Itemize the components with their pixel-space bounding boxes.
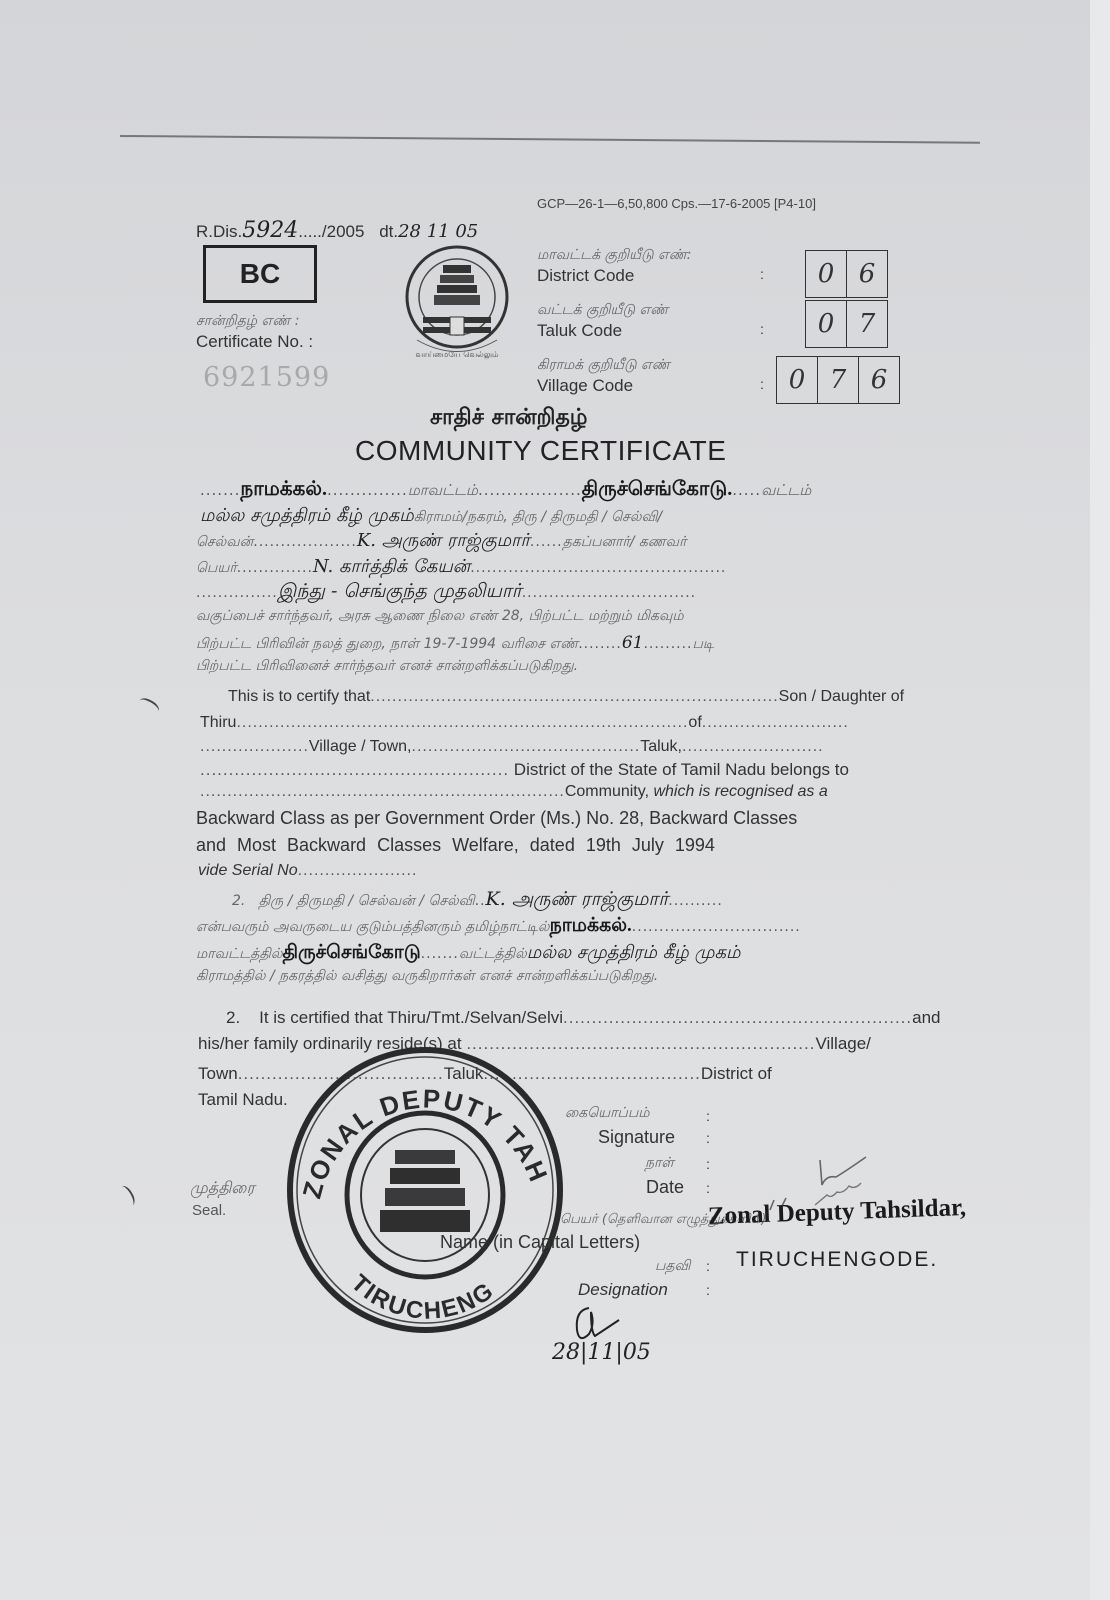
gcp-reference: GCP—26-1—6,50,800 Cps.—17-6-2005 [P4-10]: [537, 196, 816, 211]
district-of-label: District of: [701, 1064, 772, 1083]
tamil-nadu-state-emblem-icon: வாய்மையே வெல்லும்: [395, 245, 520, 365]
honorific-label: திரு / திருமதி / செல்வன் / செல்வி: [259, 893, 475, 909]
tamil-line-4: பெயர்..............N. கார்த்திக் கேயன்..…: [196, 556, 726, 579]
village-code-boxes: 076: [776, 356, 900, 404]
signature-colon: :: [706, 1108, 710, 1124]
taluk-code-colon: :: [760, 321, 764, 337]
village-town-label: Village / Town,: [309, 738, 412, 755]
svg-text:வாய்மையே வெல்லும்: வாய்மையே வெல்லும்: [416, 350, 499, 360]
district-code-colon: :: [760, 266, 764, 282]
tamil-line-8: பிற்பட்ட பிரிவினைச் சார்ந்தவர் எனச் சான்…: [196, 658, 578, 676]
rdis-label: R.Dis.: [196, 222, 242, 241]
district-code-label: District Code: [537, 266, 634, 286]
village-code-digit: 7: [818, 357, 859, 404]
signature-label: Signature: [598, 1127, 675, 1148]
official-round-seal-icon: ZONAL DEPUTY TAHSILDAR No. II TIRUCHENGO…: [280, 1040, 570, 1340]
residence-english-line-4: Tamil Nadu.: [198, 1090, 288, 1110]
taluk-code-digit: 0: [806, 301, 847, 348]
certificate-no-label-ta: சான்றிதழ் எண் :: [196, 313, 299, 331]
taluk-code-digit: 7: [847, 301, 888, 348]
photo-edge: [1090, 0, 1110, 1600]
designation-label-ta: பதவி: [655, 1258, 690, 1276]
village-filled: மல்ல சமுத்திரம் கீழ் முகம்: [200, 505, 414, 526]
district-code-digit: 0: [806, 251, 847, 298]
village-slash-label: Village/: [815, 1034, 870, 1053]
town-label: Town: [198, 1064, 238, 1083]
tamil-line-5: ...............இந்து - செங்குந்த முதலியா…: [196, 580, 696, 605]
signature-colon: :: [706, 1130, 710, 1146]
certify-text: This is to certify that: [228, 688, 370, 705]
para-number-en: 2.: [226, 1008, 240, 1027]
recognised-text: which is recognised as a: [653, 783, 827, 800]
residence-tamil-line-4: கிராமத்தில் / நகரத்தில் வசித்து வருகிறார…: [196, 968, 658, 986]
taluk-code-boxes: 07: [805, 300, 888, 348]
selvan-label: செல்வன்: [196, 534, 253, 550]
village-code-digit: 6: [859, 357, 900, 404]
english-line-5: ........................................…: [200, 783, 828, 801]
district-in-text: மாவட்டத்தில்: [196, 946, 282, 962]
village-code-label-ta: கிராமக் குறியீடு எண்: [537, 357, 670, 375]
father-name-filled: K. அருண் ராஜ்குமார்: [357, 530, 530, 551]
of-label: of: [688, 714, 701, 731]
english-line-1: This is to certify that.................…: [228, 688, 904, 706]
rdis-reference: R.Dis.5924...../2005 dt.28 11 05: [196, 218, 478, 243]
english-line-2: Thiru...................................…: [200, 714, 849, 732]
padi-label: படி: [693, 636, 715, 652]
taluk-filled: திருச்செங்கோடு.: [582, 478, 732, 500]
resident-taluk-filled: திருச்செங்கோடு: [282, 942, 420, 963]
serial-filled: 61: [622, 633, 644, 653]
designation-colon: :: [706, 1282, 710, 1298]
village-code-digit: 0: [777, 357, 818, 404]
residence-tamil-line-2: என்பவரும் அவருடைய குடும்பத்தினரும் தமிழ்…: [196, 915, 801, 939]
go-text: பிற்பட்ட பிரிவின் நலத் துறை, நாள் 19-7-1…: [196, 636, 578, 652]
taluk-code-label-ta: வட்டக் குறியீடு எண்: [537, 302, 668, 320]
father-husband-label: தகப்பனார்/ கணவர்: [563, 534, 687, 550]
village-code-colon: :: [760, 376, 764, 392]
tamil-line-2: மல்ல சமுத்திரம் கீழ் முகம்கிராமம்/நகரம்,…: [200, 505, 662, 528]
residence-tamil-line-1: 2. திரு / திருமதி / செல்வன் / செல்வி..K.…: [232, 888, 723, 913]
applicant-name-filled: N. கார்த்திக் கேயன்: [313, 556, 470, 577]
designation-colon: :: [706, 1258, 710, 1274]
tamil-line-3: செல்வன்...................K. அருண் ராஜ்க…: [196, 530, 686, 553]
date-label: dt.: [379, 222, 398, 241]
date-value: 28 11 05: [398, 221, 478, 242]
resident-district-filled: நாமக்கல்.: [550, 915, 632, 936]
taluk-label: வட்டம்: [761, 481, 811, 499]
english-line-6: Backward Class as per Government Order (…: [196, 808, 797, 829]
district-code-boxes: 06: [805, 250, 888, 298]
residence-tamil-line-3: மாவட்டத்தில்திருச்செங்கோடு.......வட்டத்த…: [196, 942, 740, 966]
date-label-en: Date: [646, 1177, 684, 1198]
rdis-year: ...../2005: [298, 222, 364, 241]
district-code-digit: 6: [847, 251, 888, 298]
family-text: என்பவரும் அவருடைய குடும்பத்தினரும் தமிழ்…: [196, 919, 550, 935]
rdis-number: 5924: [242, 218, 298, 243]
title-english: COMMUNITY CERTIFICATE: [355, 435, 726, 467]
date-colon: :: [706, 1156, 710, 1172]
certificate-no-label-en: Certificate No. :: [196, 332, 313, 352]
tamil-line-6: வகுப்பைச் சார்ந்தவர், அரசு ஆணை நிலை எண் …: [196, 608, 684, 626]
tamil-line-1: .......நாமக்கல்...............மாவட்டம்..…: [200, 478, 811, 503]
residence-english-line-1: 2. It is certified that Thiru/Tmt./Selva…: [226, 1008, 941, 1028]
english-line-3: ....................Village / Town,.....…: [200, 738, 824, 756]
designation-label: Designation: [578, 1280, 668, 1300]
resident-village-filled: மல்ல சமுத்திரம் கீழ் முகம்: [527, 942, 741, 963]
initial-date: 28|11|05: [552, 1340, 651, 1365]
seal-label-ta: முத்திரை: [190, 1178, 255, 1199]
taluk-code-label: Taluk Code: [537, 321, 622, 341]
date-label-ta: நாள்: [645, 1155, 674, 1173]
tamil-line-7: பிற்பட்ட பிரிவின் நலத் துறை, நாள் 19-7-1…: [196, 633, 714, 654]
serial-no-label: vide Serial No: [198, 862, 298, 879]
english-line-7: and Most Backward Classes Welfare, dated…: [196, 835, 715, 856]
community-filled: இந்து - செங்குந்த முதலியார்: [278, 580, 522, 602]
seal-label-en: Seal.: [192, 1202, 226, 1219]
category-badge: BC: [203, 245, 317, 303]
district-label: மாவட்டம்: [408, 481, 478, 499]
english-line-8: vide Serial No......................: [198, 862, 417, 880]
name-label: பெயர்: [196, 560, 237, 576]
district-filled: நாமக்கல்.: [240, 478, 327, 500]
and-label: and: [912, 1008, 940, 1027]
english-line-4: ........................................…: [200, 760, 849, 780]
stamp-place: TIRUCHENGODE.: [736, 1248, 938, 1272]
community-label: Community,: [565, 783, 654, 800]
name-capital-label: Name (in Capital Letters): [440, 1232, 640, 1253]
taluk-label-en: Taluk,: [640, 738, 682, 755]
title-tamil: சாதிச் சான்றிதழ்: [430, 405, 588, 433]
certified-text: It is certified that Thiru/Tmt./Selvan/S…: [259, 1008, 563, 1027]
certificate-number: 6921599: [203, 362, 330, 393]
date-colon: :: [706, 1180, 710, 1196]
resident-name-filled: K. அருண் ராஜ்குமார்: [486, 888, 669, 910]
taluk-in-text: வட்டத்தில்: [459, 946, 527, 962]
district-state-text: District of the State of Tamil Nadu belo…: [514, 760, 849, 779]
district-code-label-ta: மாவட்டக் குறியீடு எண்:: [537, 247, 691, 265]
para-number: 2.: [232, 893, 245, 909]
son-daughter-label: Son / Daughter of: [779, 688, 904, 705]
signature-label-ta: கையொப்பம்: [565, 1105, 650, 1123]
village-code-label: Village Code: [537, 376, 633, 396]
village-label: கிராமம்/நகரம், திரு / திருமதி / செல்வி/: [414, 509, 662, 525]
thiru-label: Thiru: [200, 714, 236, 731]
